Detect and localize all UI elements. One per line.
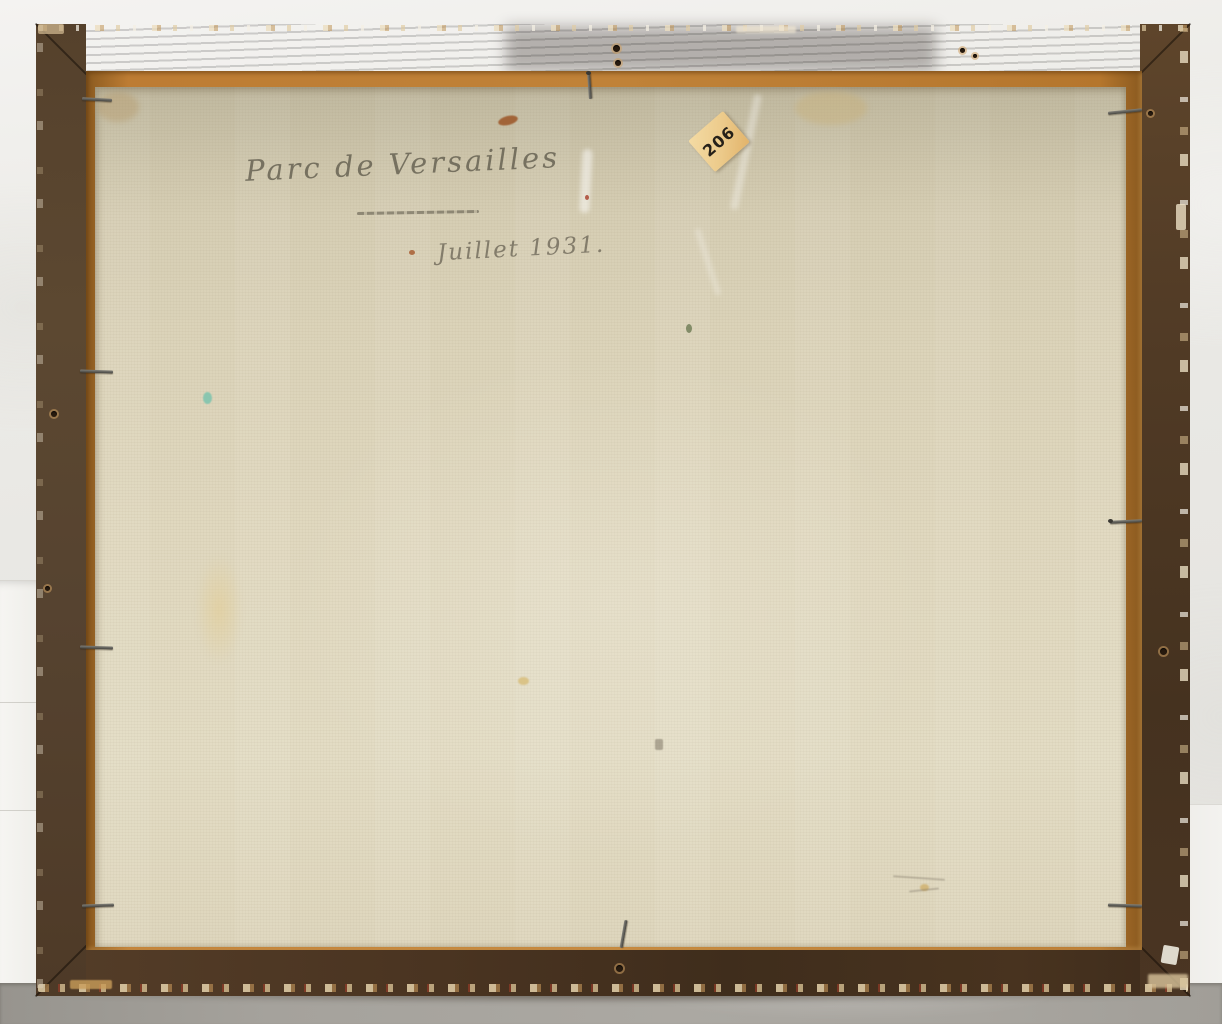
inscription-date: Juillet 1931. (436, 232, 605, 267)
baseboard-left-seam2 (0, 810, 37, 811)
wear-chips-left-edge (37, 30, 43, 988)
baseboard-left-seam (0, 702, 37, 703)
wormhole-right-1 (1148, 111, 1153, 116)
wormhole-left-2 (45, 586, 50, 591)
canvas-top-shading (95, 87, 1126, 217)
stain-drips-top (795, 91, 867, 125)
stain-green-spot (686, 324, 692, 333)
wear-chips-top-edge (38, 25, 1188, 31)
frame-rail-top-shading (506, 26, 936, 72)
stain-teal-spot (203, 392, 212, 404)
wear-chips-right-edge (1180, 28, 1188, 990)
wormhole-top-1 (613, 45, 620, 52)
wear-chips-bottom-edge (38, 984, 1188, 992)
stain-red-dot (585, 195, 589, 200)
stain-rust-dot (409, 250, 415, 255)
wormhole-top-2 (615, 60, 621, 66)
pencil-faint-mark-1 (893, 875, 945, 881)
wormhole-bottom-1 (616, 965, 623, 972)
stretcher-bar-liner: Parc de Versailles Juillet 1931. 206 (86, 71, 1142, 950)
canvas-center-glow (281, 345, 941, 861)
chip-bottom-right-block (1161, 945, 1180, 966)
stain-white-streak-3 (694, 228, 721, 296)
picture-frame-back: Parc de Versailles Juillet 1931. 206 (36, 24, 1190, 996)
wormhole-left-1 (51, 411, 57, 417)
nail-right-upper-head (1108, 519, 1113, 523)
wormhole-right-2 (1160, 648, 1167, 655)
pencil-faint-mark-2 (909, 887, 939, 892)
chip-top-center (736, 26, 796, 33)
frame-rail-left (36, 24, 86, 996)
chip-bottom-right-area (1148, 974, 1188, 988)
nail-top-center-head (586, 71, 591, 75)
chip-top-left-corner (38, 24, 64, 34)
inventory-label-number: 206 (699, 122, 739, 160)
mark-dark-small (655, 739, 663, 750)
wormhole-top-3 (960, 48, 965, 53)
stain-corner-smudge (97, 92, 139, 122)
wormhole-top-4 (973, 54, 977, 58)
chip-right-upper (1176, 204, 1186, 230)
baseboard-right (1188, 804, 1222, 995)
photo-scene: Parc de Versailles Juillet 1931. 206 (0, 0, 1222, 1024)
baseboard-left-panel (0, 580, 37, 989)
stain-yellow-patch (195, 553, 243, 665)
canvas-back: Parc de Versailles Juillet 1931. 206 (95, 87, 1126, 947)
stain-yellow-dot-1 (518, 677, 529, 685)
chip-bottom-left-gold (70, 980, 112, 989)
